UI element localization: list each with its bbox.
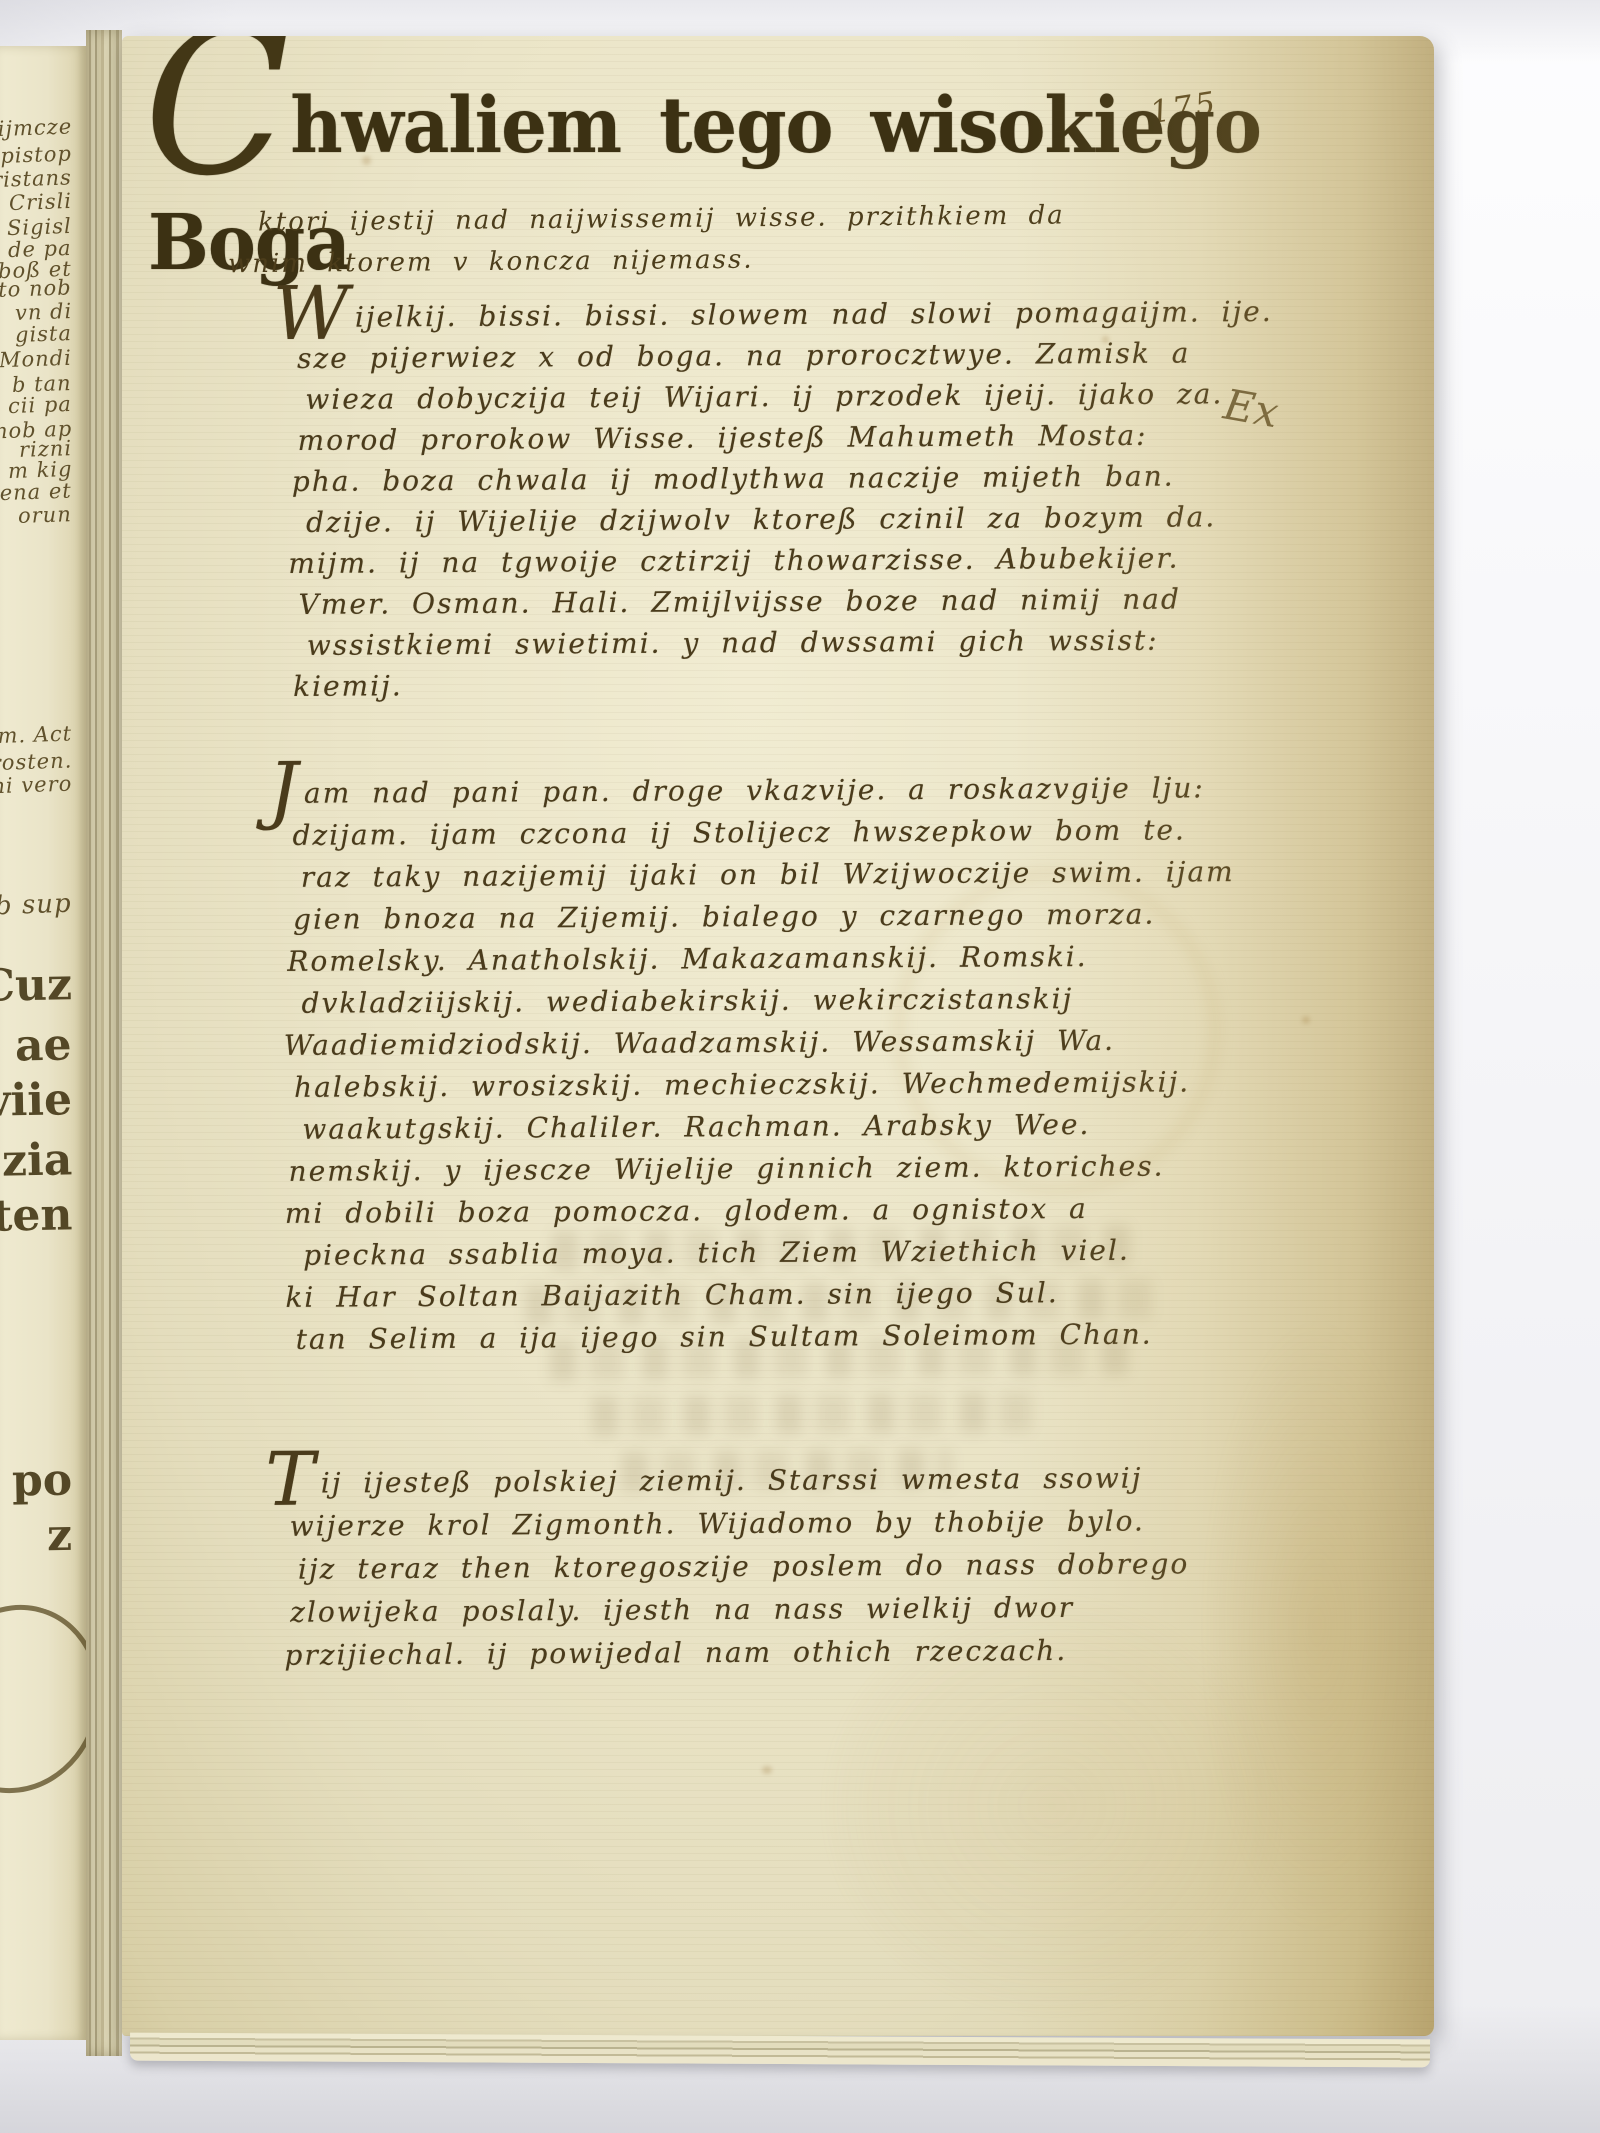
facing-page-fragment: orun <box>18 502 73 528</box>
facing-page-fragment: pm. Act <box>0 721 72 748</box>
facing-page-fragment: Cuz <box>0 959 72 1012</box>
pen-flourish <box>0 1582 86 1815</box>
facing-page-fragment: lena et <box>0 479 72 506</box>
facing-page-fragment: viie <box>0 1074 72 1127</box>
facing-page-fragment: gista <box>15 321 73 347</box>
facing-page-fragment: po <box>11 1454 72 1506</box>
facing-page-fragment: Gijmcze <box>0 114 72 141</box>
manuscript-page: 175 Chwaliem tego wisokiego Boga ktori i… <box>122 36 1434 2036</box>
facing-page-fragment: zia <box>1 1134 72 1186</box>
facing-page-fragment: Crisli <box>9 189 73 215</box>
page-edge-stain <box>122 36 1434 2036</box>
facing-page-fragment: cii pa <box>8 392 73 418</box>
facing-page-edge: Gijmcze Epistop Cristans Crisli Sigisl d… <box>0 46 86 2040</box>
facing-page-fragment: mi vero <box>0 771 72 798</box>
facing-page-fragment: ae <box>15 1020 72 1072</box>
facing-page-fragment: ten <box>0 1189 72 1241</box>
book-gutter <box>86 30 122 2056</box>
manuscript-scan: Gijmcze Epistop Cristans Crisli Sigisl d… <box>0 0 1600 2133</box>
facing-page-fragment: Epistop <box>0 141 72 168</box>
facing-page-fragment: z <box>47 1510 73 1561</box>
facing-page-fragment: Mondi <box>0 346 72 373</box>
facing-page-fragment: b sup <box>0 889 73 922</box>
